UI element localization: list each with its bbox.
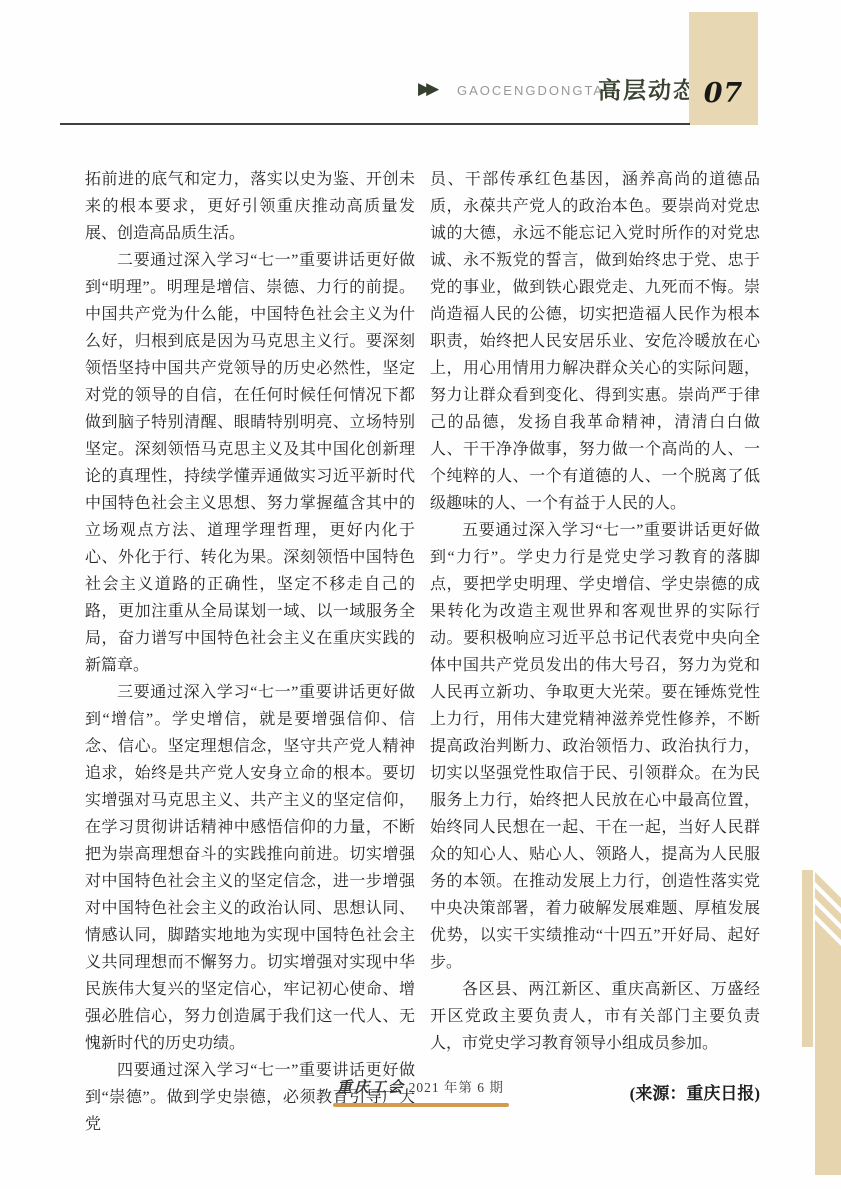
paragraph: 三要通过深入学习“七一”重要讲话更好做到“增信”。学史增信，就是要增强信仰、信念… — [85, 679, 415, 1057]
header-rule — [60, 123, 690, 125]
paragraph: 五要通过深入学习“七一”重要讲话更好做到“力行”。学史力行是党史学习教育的落脚点… — [430, 517, 760, 976]
issue-label: 2021 年第 6 期 — [409, 1080, 504, 1095]
page-footer: 重庆工会 2021 年第 6 期 — [0, 1076, 841, 1107]
corner-chevron-decoration — [800, 870, 841, 1177]
paragraph: 各区县、两江新区、重庆高新区、万盛经开区党政主要负责人，市有关部门主要负责人，市… — [430, 976, 760, 1057]
magazine-page: ▶▶ GAOCENGDONGTAI 高层动态 07 拓前进的底气和定力，落实以史… — [0, 0, 841, 1189]
section-title: 高层动态 — [598, 72, 698, 105]
paragraph: 二要通过深入学习“七一”重要讲话更好做到“明理”。明理是增信、崇德、力行的前提。… — [85, 247, 415, 679]
footer-text: 重庆工会 2021 年第 6 期 — [0, 1076, 841, 1097]
page-number-box: 07 — [689, 12, 758, 125]
left-column: 拓前进的底气和定力，落实以史为鉴、开创未来的根本要求，更好引领重庆推动高质量发展… — [85, 166, 415, 1138]
chevron-stripes-icon — [800, 870, 841, 1177]
right-column: 员、干部传承红色基因，涵养高尚的道德品质，永葆共产党人的政治本色。要崇尚对党忠诚… — [430, 166, 760, 1138]
footer-accent-bar — [333, 1103, 509, 1107]
paragraph: 拓前进的底气和定力，落实以史为鉴、开创未来的根本要求，更好引领重庆推动高质量发展… — [85, 166, 415, 247]
article-body: 拓前进的底气和定力，落实以史为鉴、开创未来的根本要求，更好引领重庆推动高质量发展… — [85, 166, 760, 1138]
double-arrow-icon: ▶▶ — [418, 79, 434, 99]
magazine-name: 重庆工会 — [337, 1080, 405, 1096]
paragraph: 员、干部传承红色基因，涵养高尚的道德品质，永葆共产党人的政治本色。要崇尚对党忠诚… — [430, 166, 760, 517]
page-number: 07 — [704, 78, 744, 125]
section-pinyin-label: GAOCENGDONGTAI — [457, 83, 610, 98]
